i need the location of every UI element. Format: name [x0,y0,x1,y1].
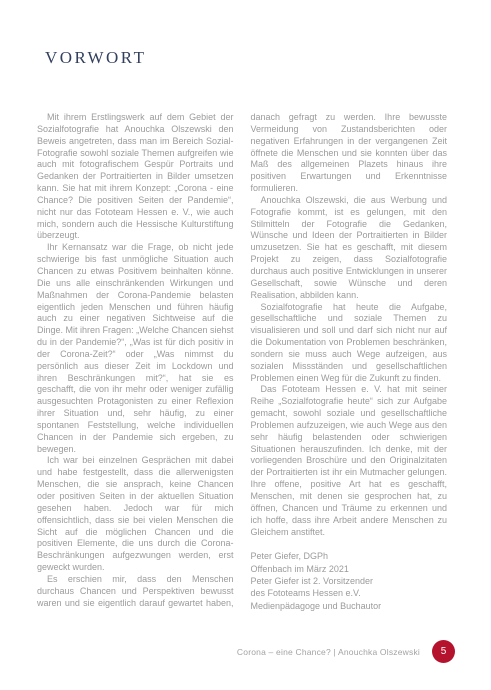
page-footer: Corona – eine Chance? | Anouchka Olszews… [237,640,455,663]
paragraph: Ihr Kernansatz war die Frage, ob nicht j… [37,242,234,455]
paragraph: Ich war bei einzelnen Gesprächen mit dab… [37,455,234,573]
column-left: Mit ihrem Erstlingswerk auf dem Gebiet d… [37,112,234,612]
column-right: danach gefragt zu werden. Ihre bewusste … [251,112,448,612]
signature-line: des Fototeams Hessen e.V. [251,587,448,599]
document-page: VORWORT Mit ihrem Erstlingswerk auf dem … [0,0,491,690]
page-content: VORWORT Mit ihrem Erstlingswerk auf dem … [37,48,447,612]
paragraph: danach gefragt zu werden. Ihre bewusste … [251,112,448,195]
signature-line: Offenbach im März 2021 [251,563,448,575]
text-columns: Mit ihrem Erstlingswerk auf dem Gebiet d… [37,112,447,612]
signature-line: Peter Giefer ist 2. Vorsitzender [251,575,448,587]
page-number-badge: 5 [432,640,455,663]
paragraph: Es erschien mir, dass den Menschen durch… [37,574,234,610]
paragraph: Das Fototeam Hessen e. V. hat mit seiner… [251,384,448,538]
signature-line: Medienpädagoge und Buchautor [251,600,448,612]
signature-line: Peter Giefer, DGPh [251,550,448,562]
signature-block: Peter Giefer, DGPh Offenbach im März 202… [251,550,448,611]
page-title: VORWORT [37,48,447,68]
paragraph: Anouchka Olszewski, die aus Werbung und … [251,195,448,302]
paragraph: Sozialfotografie hat heute die Aufgabe, … [251,302,448,385]
paragraph: Mit ihrem Erstlingswerk auf dem Gebiet d… [37,112,234,242]
footer-running-title: Corona – eine Chance? | Anouchka Olszews… [237,647,420,657]
